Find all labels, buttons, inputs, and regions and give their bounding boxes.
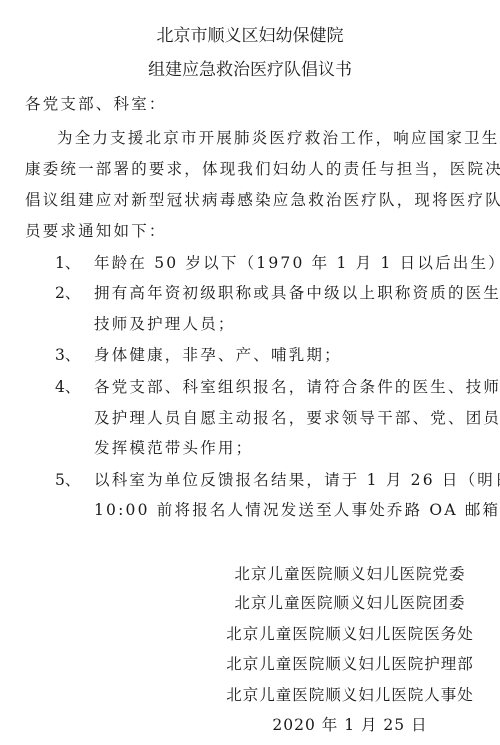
item-text: 各党支部、科室组织报名，请符合条件的医生、技师: [94, 375, 500, 397]
item-text: 及护理人员自愿主动报名，要求领导干部、党、团员: [94, 406, 500, 428]
item-text: 拥有高年资初级职称或具备中级以上职称资质的医生、: [94, 281, 500, 303]
item-number: 2、: [55, 281, 80, 303]
intro-line: 为全力支援北京市开展肺炎医疗救治工作，响应国家卫生健: [57, 126, 500, 148]
item-text: 发挥模范带头作用；: [94, 436, 253, 458]
salutation: 各党支部、科室：: [25, 92, 167, 114]
item-number: 3、: [55, 343, 80, 365]
intro-line: 倡议组建应对新型冠状病毒感染应急救治医疗队，现将医疗队人: [25, 188, 500, 210]
item-text: 技师及护理人员；: [94, 312, 236, 334]
signature-line: 北京儿童医院顺义妇儿医院团委: [225, 591, 475, 613]
signature-line: 北京儿童医院顺义妇儿医院护理部: [225, 652, 475, 674]
intro-line: 康委统一部署的要求，体现我们妇幼人的责任与担当，医院决定: [25, 157, 500, 179]
item-text: 年龄在 50 岁以下（1970 年 1 月 1 日以后出生）；: [94, 251, 500, 273]
title-line-1: 北京市顺义区妇幼保健院: [0, 21, 500, 46]
signature-line: 北京儿童医院顺义妇儿医院人事处: [225, 683, 475, 705]
document-date: 2020 年 1 月 25 日: [225, 713, 475, 735]
item-number: 1、: [55, 251, 80, 273]
signature-line: 北京儿童医院顺义妇儿医院党委: [225, 562, 475, 584]
item-number: 4、: [55, 375, 80, 397]
item-text: 10:00 前将报名人情况发送至人事处乔路 OA 邮箱。: [94, 498, 500, 520]
title-line-2: 组建应急救治医疗队倡议书: [0, 55, 500, 80]
intro-line: 员要求通知如下：: [25, 219, 167, 241]
signature-line: 北京儿童医院顺义妇儿医院医务处: [225, 622, 475, 644]
item-text: 身体健康，非孕、产、哺乳期；: [94, 343, 342, 365]
item-text: 以科室为单位反馈报名结果，请于 1 月 26 日（明日）: [94, 468, 500, 490]
item-number: 5、: [55, 468, 80, 490]
